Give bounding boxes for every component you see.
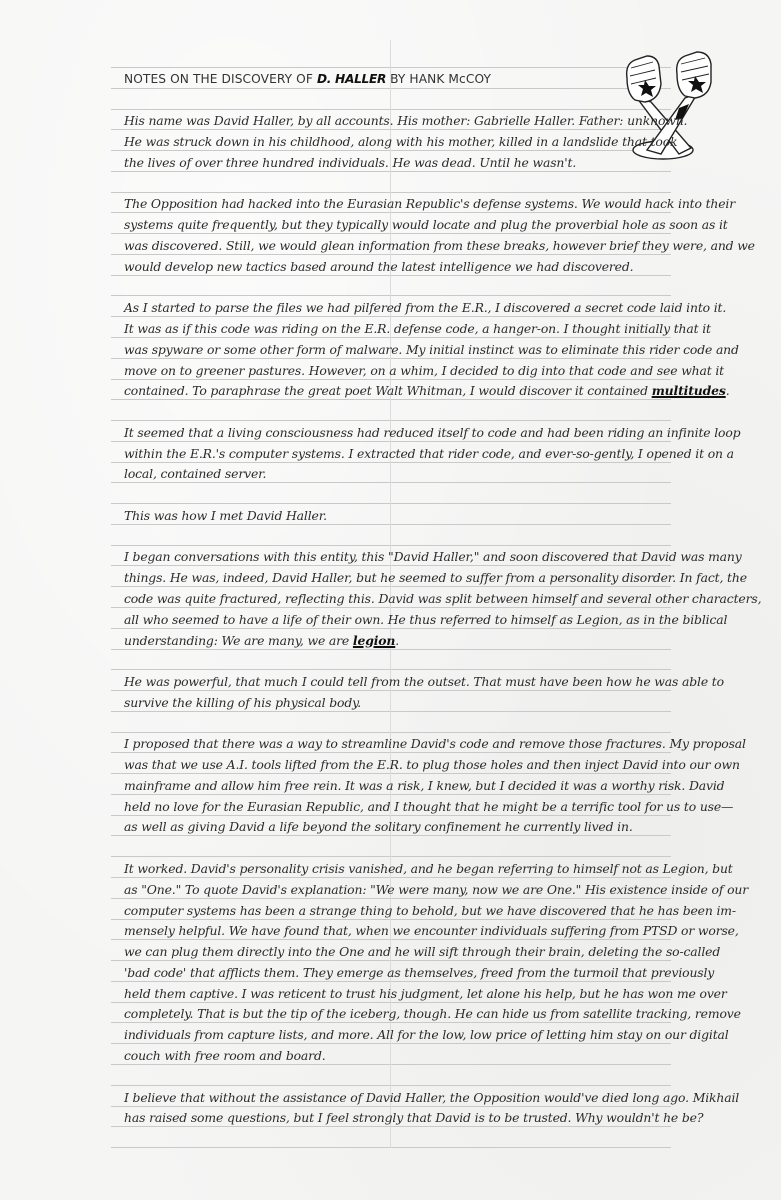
note-line: completely. That is but the tip of the i… xyxy=(124,1006,669,1022)
note-line: all who seemed to have a life of their o… xyxy=(124,612,669,628)
ruled-line xyxy=(111,503,671,504)
emphasized-word: legion xyxy=(353,633,395,648)
ruled-line xyxy=(111,1147,671,1148)
ruled-line xyxy=(111,815,671,816)
ruled-line xyxy=(111,1064,671,1065)
note-line: as "One." To quote David's explanation: … xyxy=(124,882,669,898)
note-line: survive the killing of his physical body… xyxy=(124,695,669,711)
note-line: I believe that without the assistance of… xyxy=(124,1090,669,1106)
note-line: understanding: We are many, we are legio… xyxy=(124,633,669,649)
ruled-line xyxy=(111,254,671,255)
ruled-line xyxy=(111,877,671,878)
note-line: individuals from capture lists, and more… xyxy=(124,1027,669,1043)
ruled-line xyxy=(111,960,671,961)
note-line: as well as giving David a life beyond th… xyxy=(124,819,669,835)
note-line: within the E.R.'s computer systems. I ex… xyxy=(124,446,669,462)
ruled-line xyxy=(111,171,671,172)
ruled-line xyxy=(111,898,671,899)
title-suffix: BY HANK McCOY xyxy=(386,72,491,86)
ruled-line xyxy=(111,482,671,483)
ruled-line xyxy=(111,939,671,940)
ruled-line xyxy=(111,1043,671,1044)
ruled-line xyxy=(111,212,671,213)
ruled-line xyxy=(111,233,671,234)
ruled-line xyxy=(111,545,671,546)
ruled-line xyxy=(111,919,671,920)
note-line: mensely helpful. We have found that, whe… xyxy=(124,923,669,939)
note-line: As I started to parse the files we had p… xyxy=(124,300,669,316)
ruled-line xyxy=(111,794,671,795)
note-line: He was powerful, that much I could tell … xyxy=(124,674,669,690)
ruled-line xyxy=(111,67,671,68)
note-line: has raised some questions, but I feel st… xyxy=(124,1110,669,1126)
note-line: code was quite fractured, reflecting thi… xyxy=(124,591,669,607)
note-line: systems quite frequently, but they typic… xyxy=(124,217,669,233)
note-line: was discovered. Still, we would glean in… xyxy=(124,238,669,254)
ruled-line xyxy=(111,565,671,566)
note-line: The Opposition had hacked into the Euras… xyxy=(124,196,669,212)
ruled-line xyxy=(111,1126,671,1127)
ruled-line xyxy=(111,462,671,463)
ruled-line xyxy=(111,524,671,525)
ruled-line xyxy=(111,129,671,130)
ruled-line xyxy=(111,711,671,712)
ruled-line xyxy=(111,586,671,587)
note-line: computer systems has been a strange thin… xyxy=(124,903,669,919)
ruled-line xyxy=(111,337,671,338)
emphasized-word: multitudes xyxy=(652,383,726,398)
note-line: was spyware or some other form of malwar… xyxy=(124,342,669,358)
notebook-page: NOTES ON THE DISCOVERY OF D. HALLER BY H… xyxy=(0,0,781,1200)
ruled-line xyxy=(111,399,671,400)
ruled-line xyxy=(111,109,671,110)
ruled-line xyxy=(111,773,671,774)
ruled-line xyxy=(111,690,671,691)
ruled-line xyxy=(111,628,671,629)
note-line: local, contained server. xyxy=(124,466,669,482)
note-line: would develop new tactics based around t… xyxy=(124,259,669,275)
note-line: It was as if this code was riding on the… xyxy=(124,321,669,337)
ruled-line xyxy=(111,1085,671,1086)
note-line: we can plug them directly into the One a… xyxy=(124,944,669,960)
ruled-line xyxy=(111,150,671,151)
page-title: NOTES ON THE DISCOVERY OF D. HALLER BY H… xyxy=(124,71,669,87)
note-line: held them captive. I was reticent to tru… xyxy=(124,986,669,1002)
ruled-line xyxy=(111,752,671,753)
note-line: 'bad code' that afflicts them. They emer… xyxy=(124,965,669,981)
note-line: held no love for the Eurasian Republic, … xyxy=(124,799,669,815)
note-line: was that we use A.I. tools lifted from t… xyxy=(124,757,669,773)
ruled-line xyxy=(111,420,671,421)
ruled-line xyxy=(111,88,671,89)
ruled-line xyxy=(111,669,671,670)
ruled-line xyxy=(111,1022,671,1023)
ruled-line xyxy=(111,1106,671,1107)
note-line: His name was David Haller, by all accoun… xyxy=(124,113,669,129)
ruled-line xyxy=(111,732,671,733)
ruled-line xyxy=(111,856,671,857)
ruled-line xyxy=(111,981,671,982)
note-line: couch with free room and board. xyxy=(124,1048,669,1064)
ruled-line xyxy=(111,441,671,442)
note-line: It seemed that a living consciousness ha… xyxy=(124,425,669,441)
note-line: the lives of over three hundred individu… xyxy=(124,155,669,171)
note-line: I proposed that there was a way to strea… xyxy=(124,736,669,752)
ruled-line xyxy=(111,1002,671,1003)
ruled-line xyxy=(111,192,671,193)
note-line: mainframe and allow him free rein. It wa… xyxy=(124,778,669,794)
ruled-line xyxy=(111,835,671,836)
note-line: He was struck down in his childhood, alo… xyxy=(124,134,669,150)
note-line: things. He was, indeed, David Haller, bu… xyxy=(124,570,669,586)
title-prefix: NOTES ON THE DISCOVERY OF xyxy=(124,72,317,86)
ruled-line xyxy=(111,649,671,650)
title-subject: D. HALLER xyxy=(317,72,386,86)
ruled-line xyxy=(111,607,671,608)
note-line: contained. To paraphrase the great poet … xyxy=(124,383,669,399)
note-line: I began conversations with this entity, … xyxy=(124,549,669,565)
note-line: This was how I met David Haller. xyxy=(124,508,669,524)
ruled-line xyxy=(111,379,671,380)
ruled-line xyxy=(111,316,671,317)
ruled-line xyxy=(111,295,671,296)
note-line: It worked. David's personality crisis va… xyxy=(124,861,669,877)
ruled-line xyxy=(111,358,671,359)
note-line: move on to greener pastures. However, on… xyxy=(124,363,669,379)
ruled-line xyxy=(111,275,671,276)
